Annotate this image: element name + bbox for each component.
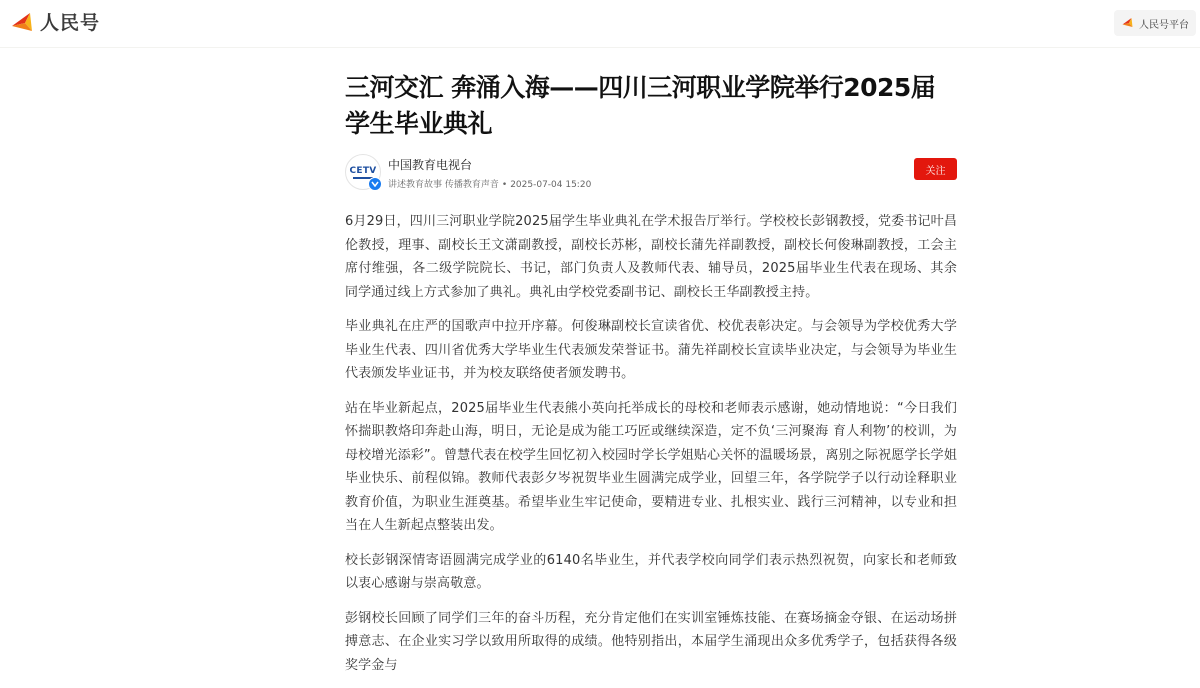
renminhao-platform-button[interactable]: 人民号平台	[1114, 10, 1196, 36]
article-body: 6月29日，四川三河职业学院2025届学生毕业典礼在学术报告厅举行。学校校长彭钢…	[345, 210, 957, 620]
author-row: CETV 中国教育电视台 讲述教育故事 传播教育声音•2025-07-04 15…	[345, 154, 957, 192]
paragraph: 毕业典礼在庄严的国歌声中拉开序幕。何俊琳副校长宣读省优、校优表彰决定。与会领导为…	[345, 315, 957, 386]
renminhao-platform-icon	[1121, 16, 1135, 31]
author-tagline: 讲述教育故事 传播教育声音	[388, 180, 499, 190]
article-title: 三河交汇 奔涌入海——四川三河职业学院举行2025届学生毕业典礼	[345, 70, 957, 142]
paragraph: 校长彭钢深情寄语圆满完成学业的6140名毕业生，并代表学校向同学们表示热烈祝贺，…	[345, 549, 957, 596]
paragraph: 站在毕业新起点，2025届毕业生代表熊小英向托举成长的母校和老师表示感谢，她动情…	[345, 397, 957, 538]
renminhao-logo[interactable]: 人民号	[10, 8, 100, 34]
paragraph: 6月29日，四川三河职业学院2025届学生毕业典礼在学术报告厅举行。学校校长彭钢…	[345, 210, 957, 304]
logo-text: 人民号	[40, 8, 100, 35]
renminhao-logo-icon	[10, 9, 36, 33]
platform-button-label: 人民号平台	[1139, 16, 1189, 31]
follow-button[interactable]: 关注	[914, 158, 957, 180]
meta-separator: •	[502, 180, 507, 190]
author-avatar[interactable]: CETV	[345, 154, 381, 190]
author-name[interactable]: 中国教育电视台	[388, 156, 472, 173]
avatar-logo-text: CETV	[349, 166, 376, 176]
publish-datetime: 2025-07-04 15:20	[510, 180, 591, 190]
verified-badge-icon	[368, 177, 382, 191]
author-meta: 讲述教育故事 传播教育声音•2025-07-04 15:20	[388, 177, 591, 190]
article: 三河交汇 奔涌入海——四川三河职业学院举行2025届学生毕业典礼 CETV 中国…	[345, 70, 957, 620]
paragraph: 彭钢校长回顾了同学们三年的奋斗历程，充分肯定他们在实训室锤炼技能、在赛场摘金夺银…	[345, 607, 957, 621]
top-header: 人民号 人民号平台	[0, 0, 1200, 48]
